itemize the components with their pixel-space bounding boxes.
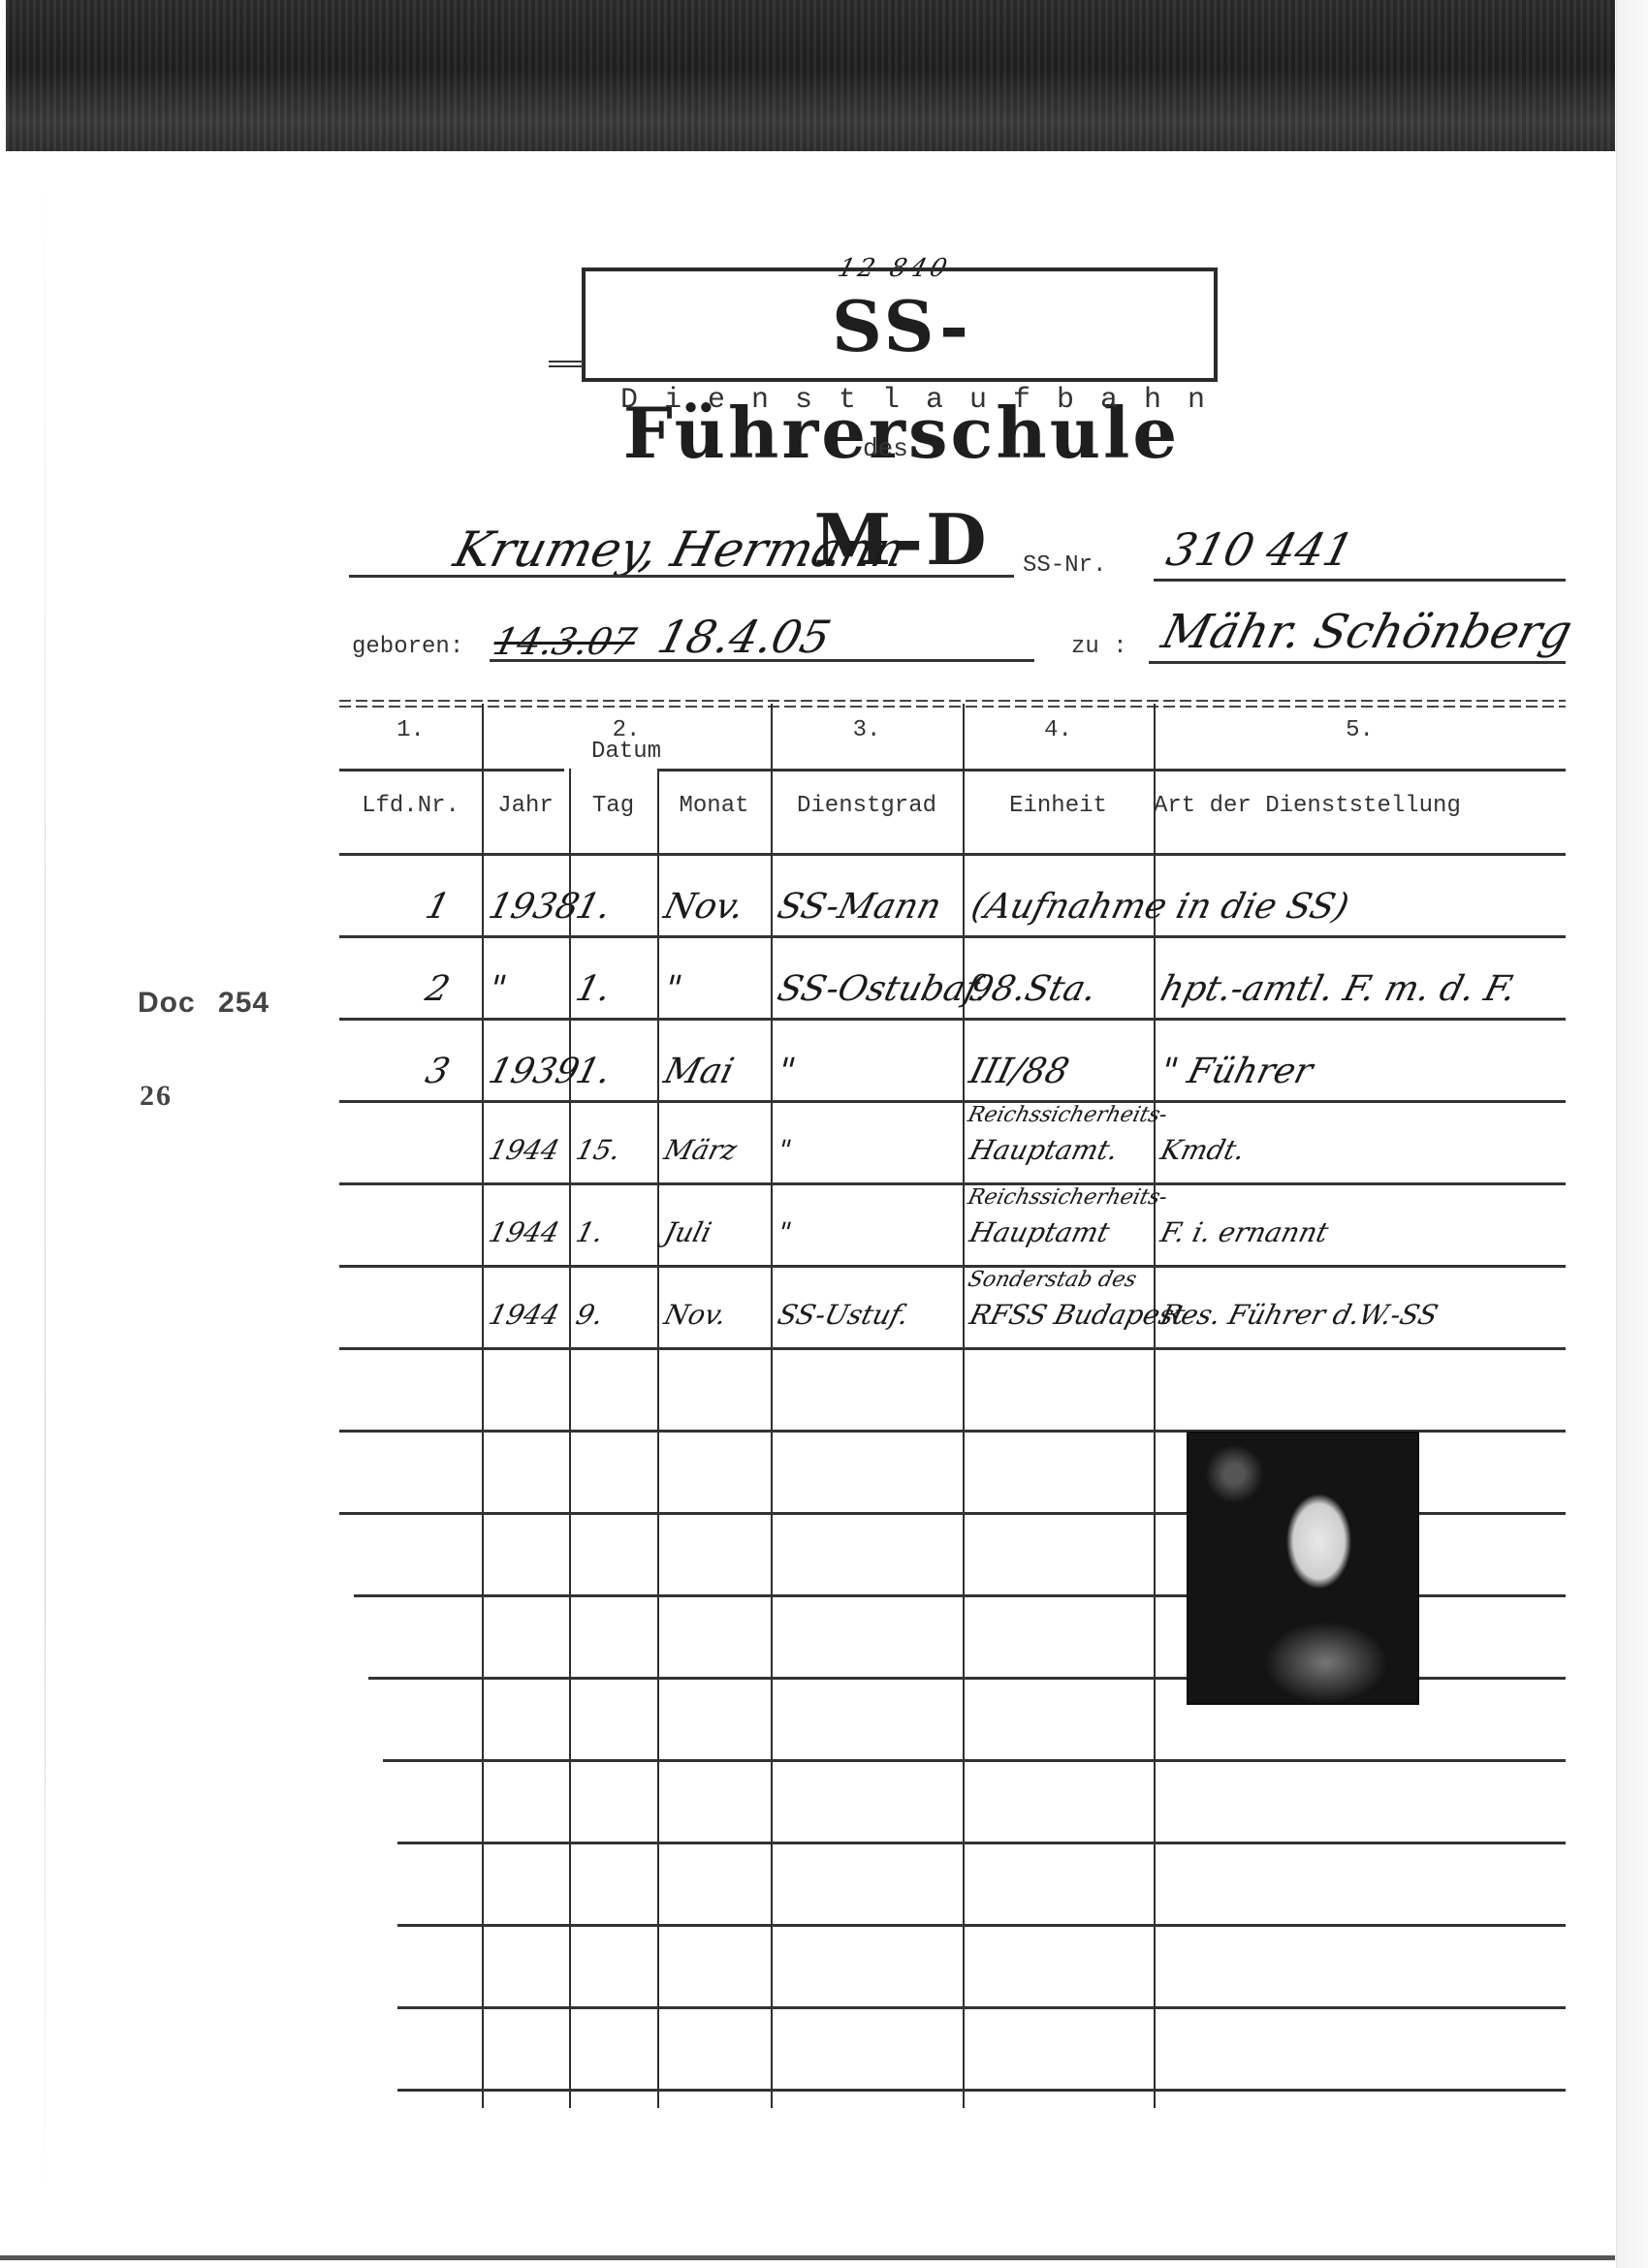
header-divider [657, 769, 1566, 772]
datum-group-label: Datum [578, 739, 675, 765]
table-cell-jahr: 1944 [486, 1134, 562, 1166]
table-row-rule [354, 1594, 1187, 1597]
column-group-number: 4. [1020, 717, 1097, 743]
table-cell-einheit-line1: Sonderstab des [966, 1268, 1139, 1292]
table-cell-einheit: III/88 [966, 1052, 1073, 1091]
table-row-rule [339, 1182, 1566, 1185]
table-cell-tag: 1. [573, 1216, 607, 1248]
table-cell-monat: Mai [660, 1052, 738, 1091]
table-cell-dienstgrad: " [774, 1052, 800, 1091]
born-label: geboren: [352, 634, 463, 660]
table-cell-art: " Führer [1157, 1052, 1316, 1091]
table-row-rule [339, 1347, 1566, 1350]
stamp-leader-mark [549, 361, 584, 367]
table-cell-dienstgrad: SS-Ustuf. [775, 1299, 912, 1331]
column-rule [963, 704, 965, 2108]
table-cell-art: Res. Führer d.W.-SS [1157, 1299, 1442, 1331]
place-label: zu : [1071, 634, 1127, 660]
form-title: Dienstlaufbahn [620, 384, 1221, 417]
table-cell-nr: 1 [422, 887, 454, 927]
table-cell-monat: " [660, 969, 686, 1009]
table-row-rule [397, 1842, 1566, 1844]
page-bottom-edge [0, 2255, 1615, 2260]
table-row-rule [397, 1924, 1566, 1927]
header-divider [339, 769, 564, 772]
table-cell-einheit-line1: Reichssicherheits- [966, 1185, 1170, 1210]
table-cell-einheit: (Aufnahme in die SS) [967, 887, 1353, 927]
portrait-photo [1187, 1432, 1419, 1705]
table-cell-art: F. i. ernannt [1157, 1216, 1332, 1248]
born-value: 18.4.05 [652, 611, 836, 663]
table-row-rule [1419, 1594, 1566, 1597]
table-cell-jahr: 1939 [485, 1052, 584, 1091]
table-row-rule [397, 2006, 1566, 2009]
table-row-rule [1419, 1512, 1566, 1515]
table-row-rule [1419, 1677, 1566, 1680]
column-group-number: 1. [372, 717, 450, 743]
born-struck-value: 14.3.07 [490, 620, 641, 663]
table-cell-monat: März [661, 1134, 741, 1166]
table-cell-monat: Nov. [661, 1299, 730, 1331]
column-header: Dienstgrad [771, 793, 963, 819]
column-rule [657, 769, 659, 2108]
table-cell-dienstgrad: " [775, 1134, 795, 1166]
table-cell-einheit: Hauptamt [967, 1216, 1113, 1248]
table-cell-art: Kmdt. [1157, 1134, 1249, 1166]
column-header: Tag [569, 793, 657, 819]
doc-reference: Doc 254 [138, 987, 269, 1020]
table-row-rule [339, 1100, 1566, 1103]
column-header: Art der Dienststellung [1154, 793, 1566, 819]
ss-nr-label: SS-Nr. [1023, 552, 1106, 579]
table-cell-monat: Juli [661, 1216, 714, 1248]
born-underline [490, 659, 1034, 662]
page-number: 26 [140, 1080, 173, 1113]
table-cell-jahr: " [485, 969, 511, 1009]
column-header: Jahr [482, 793, 569, 819]
table-cell-einheit: 98.Sta. [966, 969, 1101, 1009]
column-header: Monat [657, 793, 771, 819]
table-cell-dienstgrad: SS-Mann [774, 887, 945, 927]
table-cell-nr: 2 [422, 969, 454, 1009]
table-cell-einheit-line1: Reichssicherheits- [966, 1103, 1170, 1127]
table-row-rule [339, 935, 1566, 938]
table-cell-jahr: 1938 [485, 887, 584, 927]
table-row-rule [383, 1759, 1566, 1762]
table-row-rule [339, 1018, 1566, 1021]
column-group-number: 5. [1321, 717, 1399, 743]
table-row-rule [397, 2089, 1566, 2092]
table-cell-dienstgrad: " [775, 1216, 795, 1248]
column-header: Lfd.Nr. [339, 793, 482, 819]
column-group-number: 3. [828, 717, 905, 743]
table-row-rule [339, 1265, 1566, 1268]
page-edge-strip [1616, 0, 1648, 2268]
header-bottom-rule [339, 853, 1566, 856]
table-cell-jahr: 1944 [486, 1216, 562, 1248]
ss-nr-value: 310 441 [1161, 523, 1359, 576]
table-cell-monat: Nov. [660, 887, 748, 927]
column-rule [569, 769, 571, 2108]
table-cell-jahr: 1944 [486, 1299, 562, 1331]
des-label: des [863, 434, 908, 463]
table-cell-dienstgrad: SS-Ostubaf. [774, 969, 993, 1009]
table-top-double-rule [339, 700, 1566, 708]
table-row-rule [339, 1512, 1187, 1515]
binding-margin-line [45, 165, 46, 2200]
table-cell-tag: 15. [573, 1134, 624, 1166]
table-cell-art: hpt.-amtl. F. m. d. F. [1157, 969, 1520, 1009]
column-rule [771, 704, 773, 2108]
person-name: Krumey, Hermann [449, 521, 911, 578]
table-cell-nr: 3 [422, 1052, 454, 1091]
ss-nr-underline [1154, 579, 1566, 582]
table-cell-tag: 9. [573, 1299, 607, 1331]
column-header: Einheit [963, 793, 1154, 819]
scan-dark-band [6, 0, 1615, 151]
column-rule [482, 704, 484, 2108]
place-underline [1149, 661, 1566, 664]
table-cell-tag: 1. [572, 969, 616, 1009]
table-row-rule [368, 1677, 1187, 1680]
name-underline [349, 575, 1014, 578]
birthplace-value: Mähr. Schönberg [1157, 605, 1577, 659]
table-cell-einheit: Hauptamt. [967, 1134, 1122, 1166]
table-cell-einheit: RFSS Budapest [967, 1299, 1188, 1331]
